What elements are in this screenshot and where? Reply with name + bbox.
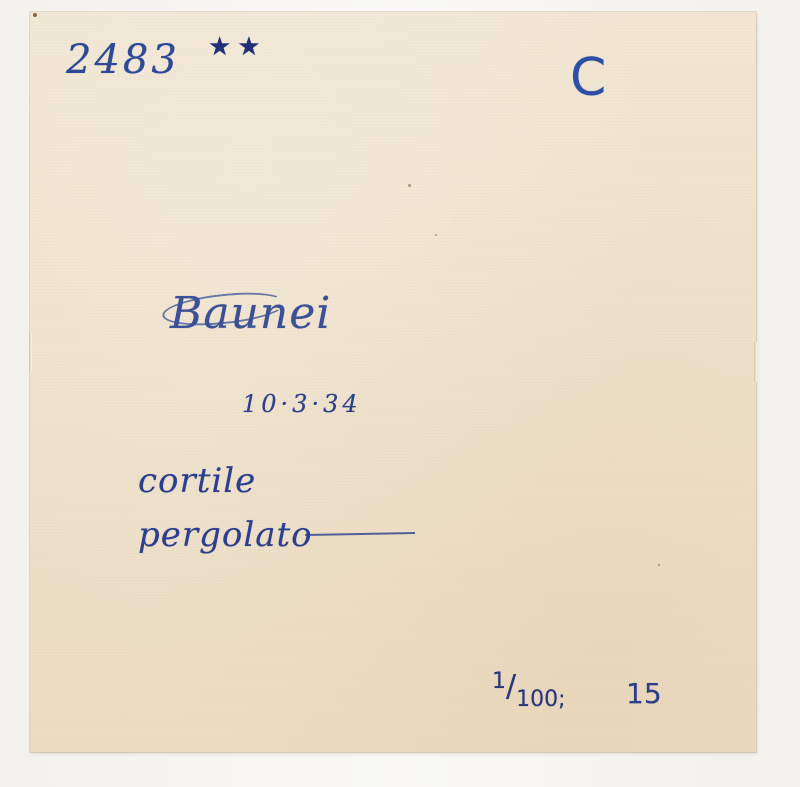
pin-hole-mark [33, 13, 37, 17]
catalog-number: 2483 [66, 40, 180, 80]
ratio-separator: / [506, 669, 516, 704]
habitat-underline-stroke [305, 532, 415, 536]
paper-speck [658, 564, 660, 566]
collection-date: 10·3·34 [242, 392, 362, 416]
paper-speck [408, 184, 411, 187]
catalog-star-marks: ★★ [208, 34, 267, 60]
locality-name: Baunei [170, 292, 331, 336]
paper-speck [435, 234, 437, 236]
specimen-count: 15 [626, 680, 662, 708]
habitat-line-1: cortile [138, 464, 256, 498]
fold-edge-left [29, 332, 32, 372]
ratio-numerator: 1 [492, 669, 506, 694]
ratio-denominator: 100 [516, 687, 558, 712]
ratio-suffix: ; [558, 687, 565, 712]
ratio-annotation: 1/100; [492, 672, 566, 702]
habitat-line-2: pergolato [138, 518, 313, 552]
fold-edge-right [754, 342, 757, 382]
specimen-card: 2483 ★★ C Baunei 10·3·34 cortile pergola… [30, 12, 756, 752]
category-letter: C [570, 52, 606, 104]
